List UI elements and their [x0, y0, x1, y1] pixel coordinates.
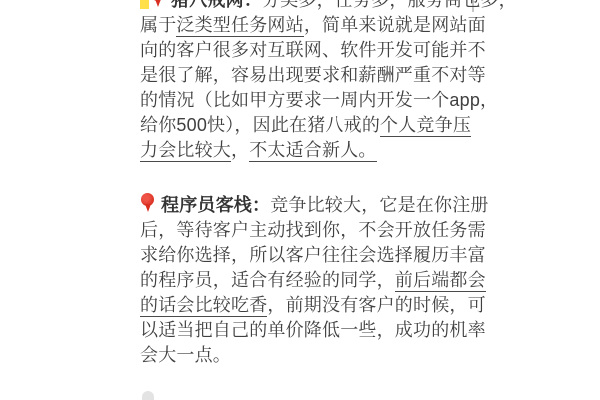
text-line: 力会比较大，不太适合新人。 [140, 138, 490, 163]
body-text: ， [231, 140, 249, 160]
yellow-mark-icon [140, 0, 149, 9]
article-page: 猪八戒网：分类多，任务多，服务商也多，属于泛类型任务网站，简单来说就是网站面向的… [0, 0, 600, 400]
emphasized-text: 个人竞争压 [380, 115, 471, 137]
text-line: 的程序员，适合有经验的同学，前后端都会 [140, 268, 490, 293]
text-line: 后，等待客户主动找到你，不会开放任务需 [140, 218, 490, 243]
body-text: ，简单来说就是网站面 [304, 15, 486, 35]
emphasized-text: 泛类型任务网站 [176, 15, 303, 37]
text-line: 猪八戒网：分类多，任务多，服务商也多， [140, 0, 490, 13]
text-line: 向的客户很多对互联网、软件开发可能并不 [140, 38, 490, 63]
body-text: 的情况（比如甲方要求一周内开发一个app， [140, 90, 498, 110]
text-line: 的情况（比如甲方要求一周内开发一个app， [140, 88, 490, 113]
body-text: 分类多，任务多，服务商也多， [262, 0, 517, 10]
emphasized-text: 前后端都会 [395, 270, 486, 292]
red-pin-icon [150, 0, 165, 8]
body-text: 给你500快），因此在猪八戒的 [140, 115, 380, 135]
body-text: 会大一点。 [140, 345, 231, 365]
text-line: 求给你选择，所以客户往往会选择履历丰富 [140, 243, 490, 268]
body-text: 以适当把自己的单价降低一些，成功的机率 [140, 320, 486, 340]
next-bullet-partial-icon [142, 391, 154, 400]
body-text: 竞争比较大，它是在你注册 [270, 195, 488, 215]
body-text: 的程序员，适合有经验的同学， [140, 270, 395, 290]
text-line: 的话会比较吃香，前期没有客户的时候，可 [140, 293, 490, 318]
emphasized-text: 的话会比较吃香 [140, 295, 267, 317]
text-line: 以适当把自己的单价降低一些，成功的机率 [140, 318, 490, 343]
article-text: 猪八戒网：分类多，任务多，服务商也多，属于泛类型任务网站，简单来说就是网站面向的… [140, 0, 490, 368]
body-text: 属于 [140, 15, 176, 35]
platform-name-label: 猪八戒网： [171, 0, 262, 10]
red-pin-icon [140, 193, 155, 213]
body-text: 求给你选择，所以客户往往会选择履历丰富 [140, 245, 486, 265]
emphasized-text: 不太适合新人。 [249, 140, 376, 162]
text-line: 是很了解，容易出现要求和薪酬严重不对等 [140, 63, 490, 88]
body-text: ，前期没有客户的时候，可 [267, 295, 485, 315]
paragraph-proginn: 程序员客栈：竞争比较大，它是在你注册后，等待客户主动找到你，不会开放任务需求给你… [140, 193, 490, 368]
text-line: 属于泛类型任务网站，简单来说就是网站面 [140, 13, 490, 38]
emphasized-text: 力会比较大 [140, 140, 231, 162]
paragraph-zhubajie: 猪八戒网：分类多，任务多，服务商也多，属于泛类型任务网站，简单来说就是网站面向的… [140, 0, 490, 163]
text-line: 程序员客栈：竞争比较大，它是在你注册 [140, 193, 490, 218]
platform-name-label: 程序员客栈： [161, 195, 270, 215]
body-text: 向的客户很多对互联网、软件开发可能并不 [140, 40, 486, 60]
text-line: 会大一点。 [140, 343, 490, 368]
text-line: 给你500快），因此在猪八戒的个人竞争压 [140, 113, 490, 138]
body-text: 是很了解，容易出现要求和薪酬严重不对等 [140, 65, 486, 85]
body-text: 后，等待客户主动找到你，不会开放任务需 [140, 220, 486, 240]
